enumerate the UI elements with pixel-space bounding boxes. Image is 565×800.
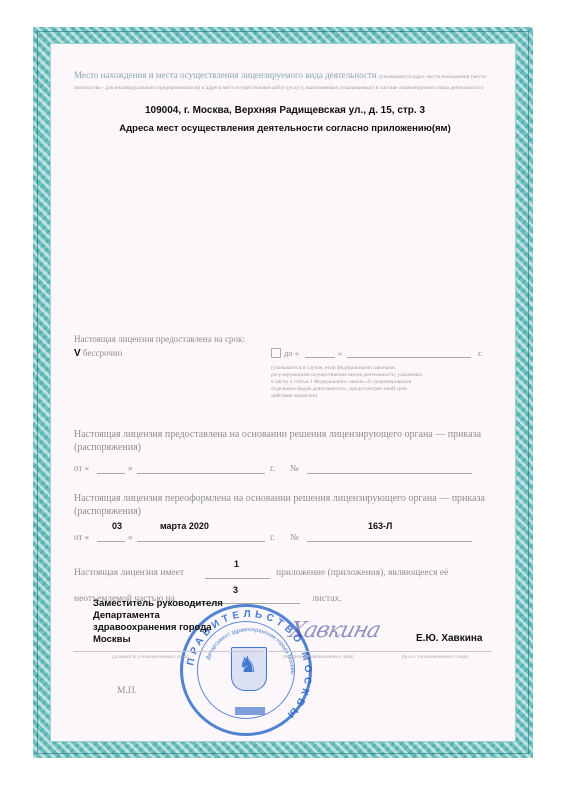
until-day-line (305, 357, 335, 358)
appendix-sheets-after: листах. (312, 594, 342, 604)
reissued-heading: Настоящая лицензия переоформлена на осно… (74, 492, 494, 518)
appendix-text-before: Настоящая лицензия имеет (74, 568, 184, 578)
term-unlimited-option[interactable]: V бессрочно (74, 348, 122, 359)
position-line (73, 651, 263, 652)
granted-year-suffix: г. (270, 463, 275, 473)
term-heading: Настоящая лицензия предоставлена на срок… (74, 334, 245, 344)
granted-heading: Настоящая лицензия предоставлена на осно… (74, 428, 494, 454)
granted-number-label: № (290, 463, 299, 473)
position-caption: (должность уполномоченного лица) (112, 655, 189, 660)
license-address: 109004, г. Москва, Верхняя Радищевская у… (60, 105, 510, 116)
until-checkbox[interactable] (271, 348, 281, 358)
signatory-position-line: Москвы (93, 634, 223, 646)
term-footnote: (указывается в случае, если федеральными… (271, 365, 426, 400)
check-mark-icon: V (74, 348, 81, 359)
appendix-count-line (205, 578, 270, 579)
location-heading: Место нахождения и места осуществления л… (74, 70, 377, 80)
appendix-count: 1 (234, 559, 239, 569)
reissued-month-year: марта 2020 (160, 521, 209, 531)
signatory-name: Е.Ю. Хавкина (416, 633, 482, 644)
reissued-number-line (307, 541, 472, 542)
until-label: до « (284, 348, 299, 358)
stamp-bar (235, 707, 265, 715)
name-line (387, 651, 492, 652)
reissued-day: 03 (112, 521, 122, 531)
unlimited-label: бессрочно (83, 348, 122, 358)
signatory-position-line: здравоохранения города (93, 622, 223, 634)
signatory-position: Заместитель руководителя Департамента зд… (93, 598, 223, 646)
reissued-number: 163-Л (368, 521, 392, 531)
reissued-number-label: № (290, 532, 299, 542)
granted-day-line (97, 473, 125, 474)
granted-from-label: от « (74, 463, 89, 473)
until-month-line (347, 357, 471, 358)
reissued-year-suffix: г. (270, 532, 275, 542)
signatory-position-line: Департамента (93, 610, 223, 622)
handwritten-signature: Хавкина (287, 618, 383, 643)
signature-line (268, 651, 398, 652)
reissued-close-quote: » (128, 532, 133, 542)
seal-label: М.П. (117, 686, 137, 696)
reissued-from-label: от « (74, 532, 89, 542)
reissued-day-line (97, 541, 125, 542)
addresses-note: Адреса мест осуществления деятельности с… (60, 123, 510, 134)
until-close-quote: » (338, 348, 342, 358)
granted-month-line (137, 473, 265, 474)
signature-caption: (подпись уполномоченного лица) (283, 655, 354, 660)
until-year-suffix: г. (478, 348, 483, 358)
location-heading-block: Место нахождения и места осуществления л… (74, 70, 504, 92)
reissued-month-line (137, 541, 265, 542)
granted-number-line (307, 473, 472, 474)
signatory-position-line: Заместитель руководителя (93, 598, 223, 610)
name-caption: (ф.и.о. уполномоченного лица) (402, 655, 468, 660)
moscow-coat-of-arms-icon: ♞ (231, 647, 267, 691)
granted-close-quote: » (128, 463, 133, 473)
appendix-text-after: приложение (приложения), являющееся её (276, 568, 448, 578)
appendix-sheets: 3 (233, 585, 238, 595)
